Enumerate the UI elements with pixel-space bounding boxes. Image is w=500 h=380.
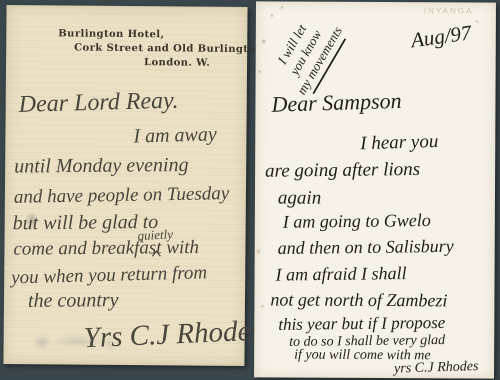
salutation: Dear Sampson — [271, 88, 402, 118]
date: Aug/97 — [409, 20, 472, 53]
handwriting-line: I am afraid I shall — [275, 263, 406, 286]
handwriting-line: you when you return from — [11, 262, 207, 289]
handwriting-line: this year but if I propose — [278, 313, 445, 335]
handwriting-line: until Monday evening — [14, 154, 189, 179]
letterhead: Burlington Hotel, Cork Street and Old Bu… — [6, 27, 247, 71]
pencil-annotation: INYANGA — [424, 6, 473, 15]
handwriting-line: and have people on Tuesday — [14, 183, 230, 209]
left-letter: Burlington Hotel, Cork Street and Old Bu… — [3, 5, 247, 366]
ink-smudge — [23, 209, 41, 231]
photo-of-letters: Burlington Hotel, Cork Street and Old Bu… — [0, 0, 500, 380]
handwriting-line: I am going to Gwelo — [283, 210, 431, 233]
letterhead-line: Cork Street and Old Burlington St., — [74, 42, 247, 58]
handwriting-line: the country — [28, 289, 119, 313]
salutation: Dear Lord Reay. — [18, 88, 178, 119]
handwriting-line: again — [278, 187, 321, 209]
handwriting-line: and then on to Salisbury — [278, 236, 454, 259]
faint-pencil-marks — [29, 331, 119, 354]
handwriting-line: I am away — [133, 123, 217, 148]
right-letter: I will let you know my movements INYANGA… — [254, 1, 496, 378]
signature: yrs C.J Rhodes — [394, 359, 479, 377]
handwriting-line: I hear you — [360, 131, 439, 155]
letterhead-line: London. W. — [144, 56, 247, 71]
handwriting-line: not get north of Zambezi — [270, 289, 447, 311]
handwriting-line: come and breakfast with — [13, 237, 199, 261]
handwriting-line: are going after lions — [265, 159, 420, 183]
